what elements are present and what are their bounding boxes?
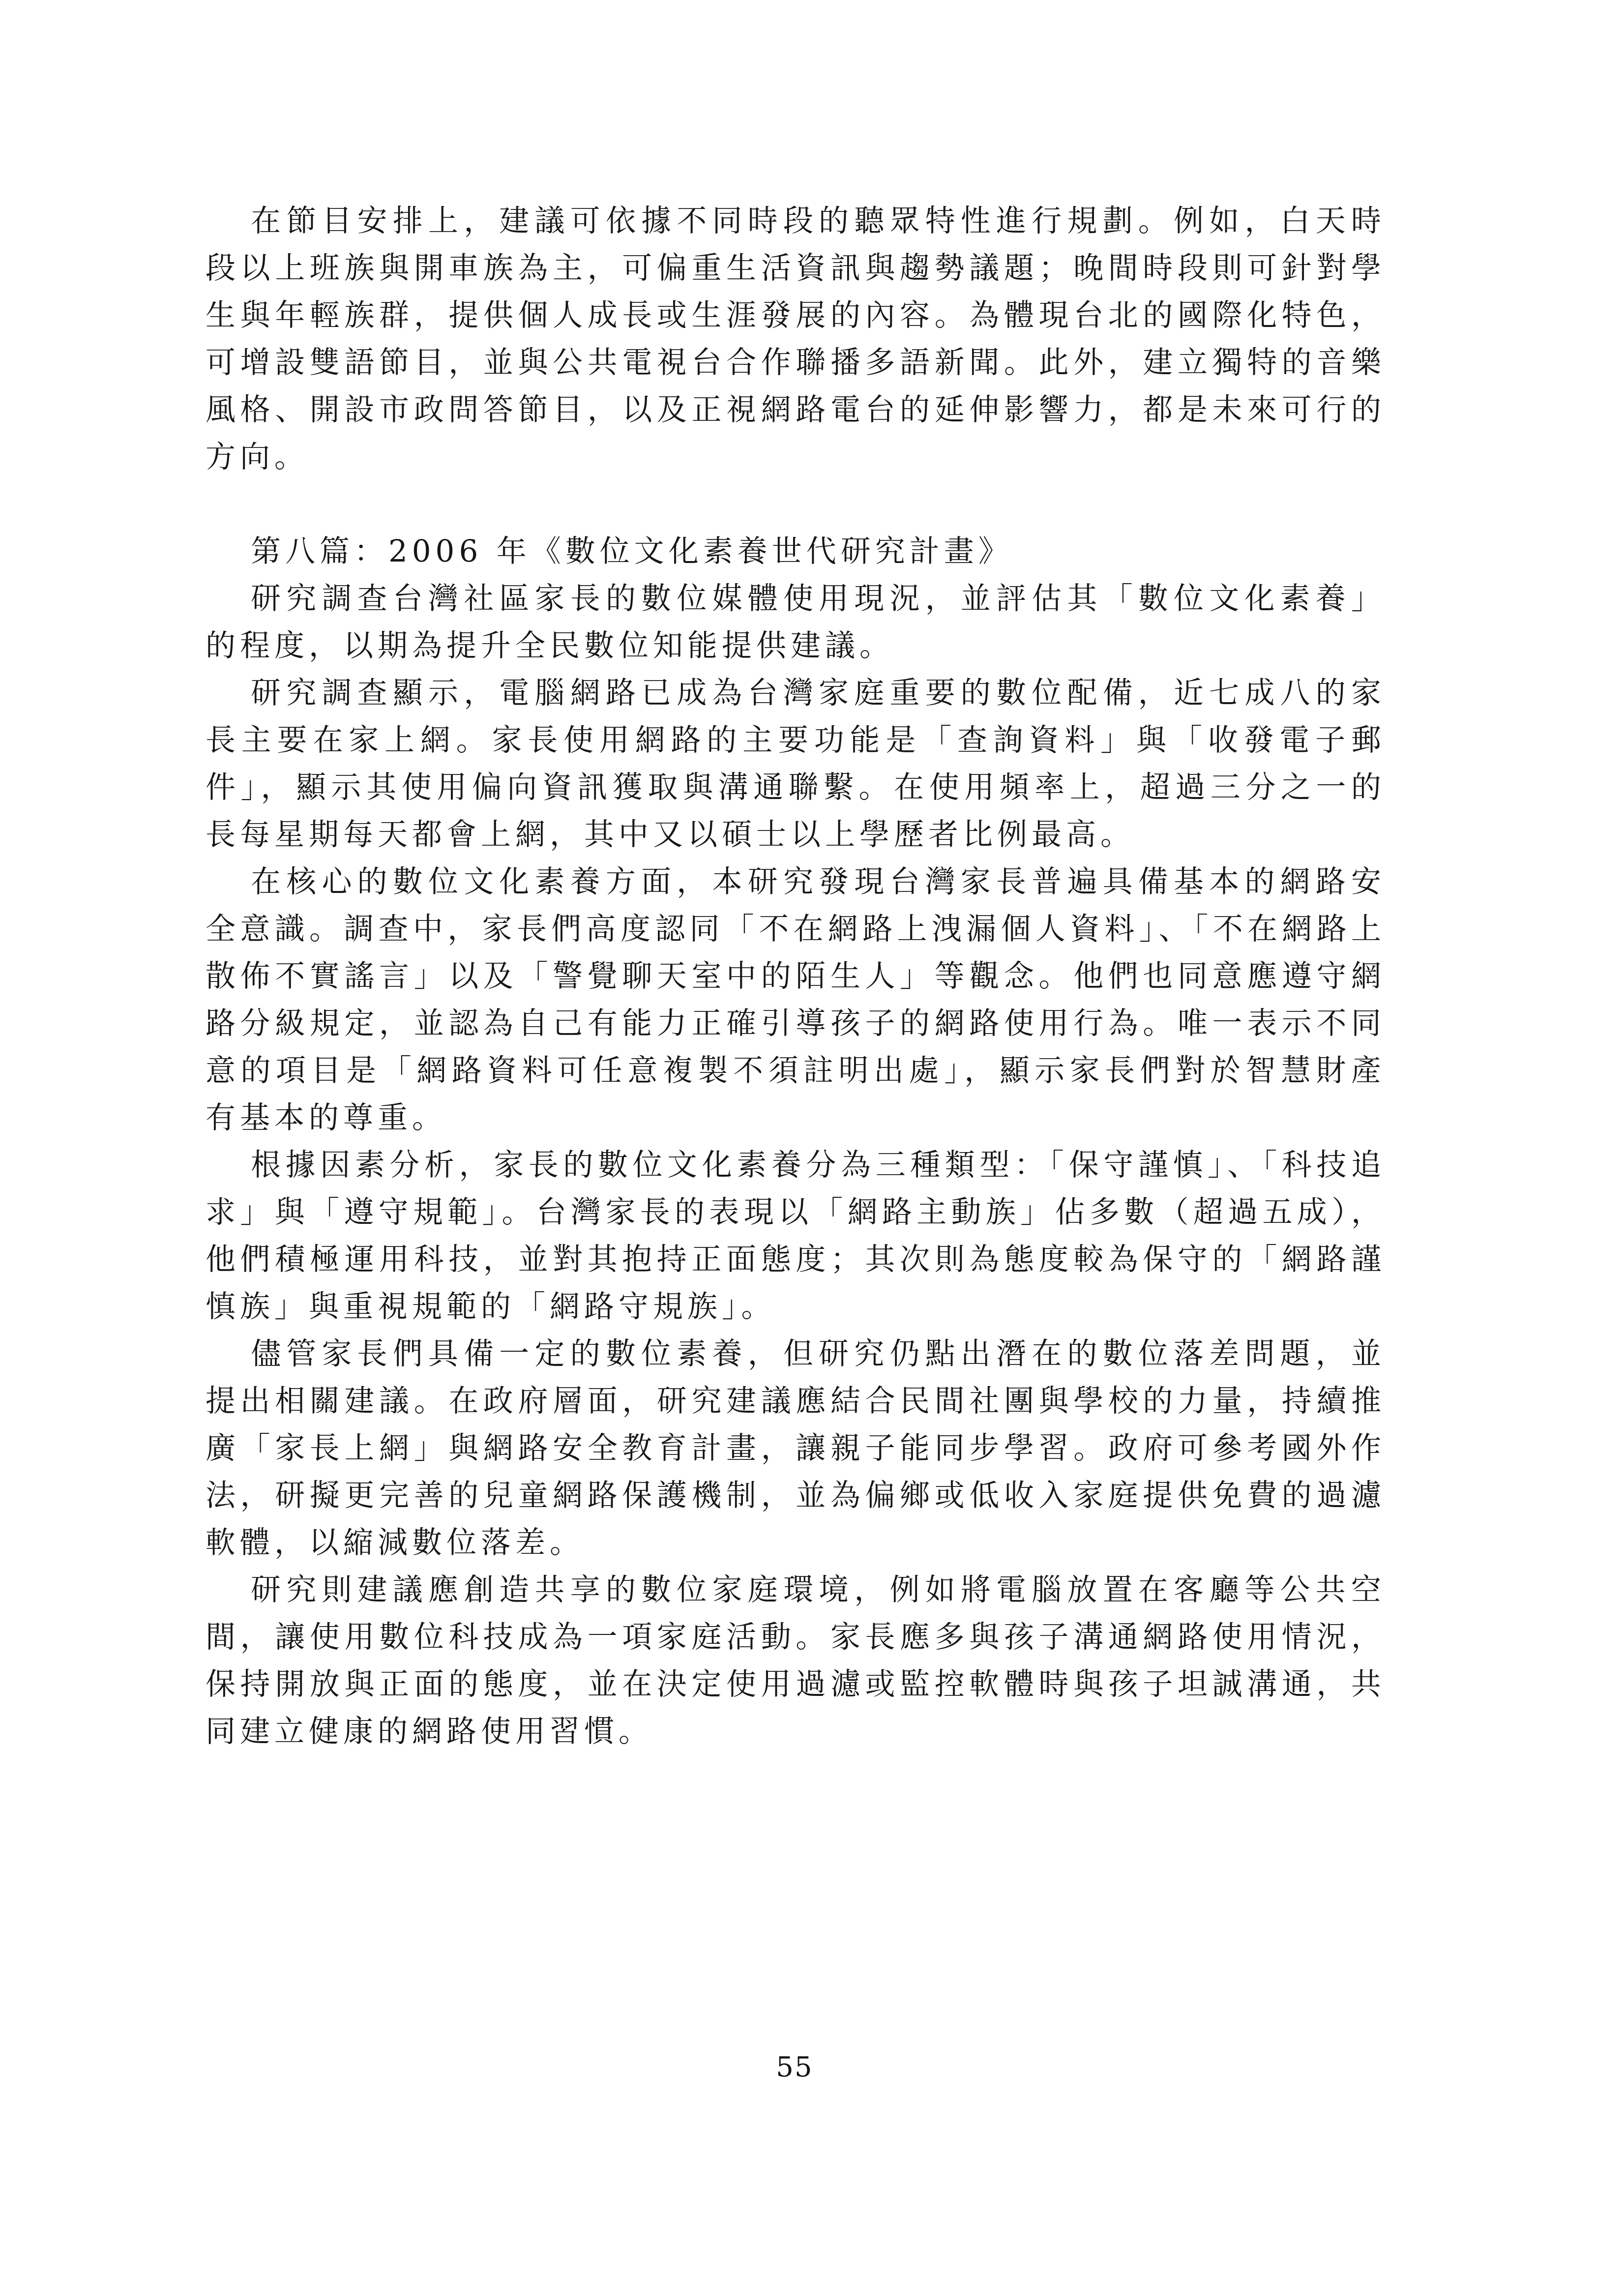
paragraph-line: 生與年輕族群，提供個人成長或生涯發展的內容。為體現台北的國際化特色， — [206, 292, 1386, 339]
paragraph-line: 的程度，以期為提升全民數位知能提供建議。 — [206, 623, 1386, 670]
paragraph-line: 根據因素分析，家長的數位文化素養分為三種類型：「保守謹慎」、「科技追 — [206, 1142, 1386, 1189]
paragraph-line: 提出相關建議。在政府層面，研究建議應結合民間社團與學校的力量，持續推 — [206, 1378, 1386, 1425]
paragraph-line: 法，研擬更完善的兒童網路保護機制，並為偏鄉或低收入家庭提供免費的過濾 — [206, 1472, 1386, 1519]
paragraph-line: 同建立健康的網路使用習慣。 — [206, 1708, 1386, 1755]
paragraph-line: 可增設雙語節目，並與公共電視台合作聯播多語新聞。此外，建立獨特的音樂 — [206, 339, 1386, 386]
paragraph-line: 間，讓使用數位科技成為一項家庭活動。家長應多與孩子溝通網路使用情況， — [206, 1614, 1386, 1661]
paragraph-line: 風格、開設市政問答節目，以及正視網路電台的延伸影響力，都是未來可行的 — [206, 386, 1386, 434]
scanned-document-page: 在節目安排上，建議可依據不同時段的聽眾特性進行規劃。例如，白天時 段以上班族與開… — [0, 0, 1624, 2283]
blank-line — [206, 481, 1386, 528]
paragraph-line: 慎族」與重視規範的「網路守規族」。 — [206, 1283, 1386, 1331]
paragraph-line: 在核心的數位文化素養方面，本研究發現台灣家長普遍具備基本的網路安 — [206, 859, 1386, 906]
paragraph-line: 路分級規定，並認為自己有能力正確引導孩子的網路使用行為。唯一表示不同 — [206, 1000, 1386, 1047]
paragraph-line: 長每星期每天都會上網，其中又以碩士以上學歷者比例最高。 — [206, 811, 1386, 859]
paragraph-line: 廣「家長上網」與網路安全教育計畫，讓親子能同步學習。政府可參考國外作 — [206, 1425, 1386, 1472]
paragraph-line: 研究調查台灣社區家長的數位媒體使用現況，並評估其「數位文化素養」 — [206, 575, 1386, 623]
paragraph-line: 求」與「遵守規範」。台灣家長的表現以「網路主動族」佔多數（超過五成）， — [206, 1189, 1386, 1236]
paragraph-line: 在節目安排上，建議可依據不同時段的聽眾特性進行規劃。例如，白天時 — [206, 198, 1386, 245]
paragraph-line: 研究調查顯示，電腦網路已成為台灣家庭重要的數位配備，近七成八的家 — [206, 670, 1386, 717]
page-number: 55 — [0, 2051, 1589, 2083]
paragraph-line: 意的項目是「網路資料可任意複製不須註明出處」，顯示家長們對於智慧財產權 — [206, 1047, 1386, 1095]
text-block: 在節目安排上，建議可依據不同時段的聽眾特性進行規劃。例如，白天時 段以上班族與開… — [206, 198, 1386, 1755]
paragraph-line: 儘管家長們具備一定的數位素養，但研究仍點出潛在的數位落差問題，並 — [206, 1331, 1386, 1378]
paragraph-line: 段以上班族與開車族為主，可偏重生活資訊與趨勢議題；晚間時段則可針對學 — [206, 245, 1386, 292]
paragraph-line: 有基本的尊重。 — [206, 1095, 1386, 1142]
paragraph-line: 研究則建議應創造共享的數位家庭環境，例如將電腦放置在客廳等公共空 — [206, 1567, 1386, 1614]
paragraph-line: 軟體，以縮減數位落差。 — [206, 1519, 1386, 1567]
paragraph-line: 方向。 — [206, 434, 1386, 481]
paragraph-line: 保持開放與正面的態度，並在決定使用過濾或監控軟體時與孩子坦誠溝通，共 — [206, 1661, 1386, 1708]
paragraph-line: 全意識。調查中，家長們高度認同「不在網路上洩漏個人資料」、「不在網路上 — [206, 906, 1386, 953]
paragraph-line: 他們積極運用科技，並對其抱持正面態度；其次則為態度較為保守的「網路謹 — [206, 1236, 1386, 1283]
paragraph-line: 長主要在家上網。家長使用網路的主要功能是「查詢資料」與「收發電子郵 — [206, 717, 1386, 764]
paragraph-line: 散佈不實謠言」以及「警覺聊天室中的陌生人」等觀念。他們也同意應遵守網 — [206, 953, 1386, 1000]
section-heading: 第八篇：2006 年《數位文化素養世代研究計畫》 — [206, 528, 1386, 575]
paragraph-line: 件」，顯示其使用偏向資訊獲取與溝通聯繫。在使用頻率上，超過三分之一的家 — [206, 764, 1386, 811]
